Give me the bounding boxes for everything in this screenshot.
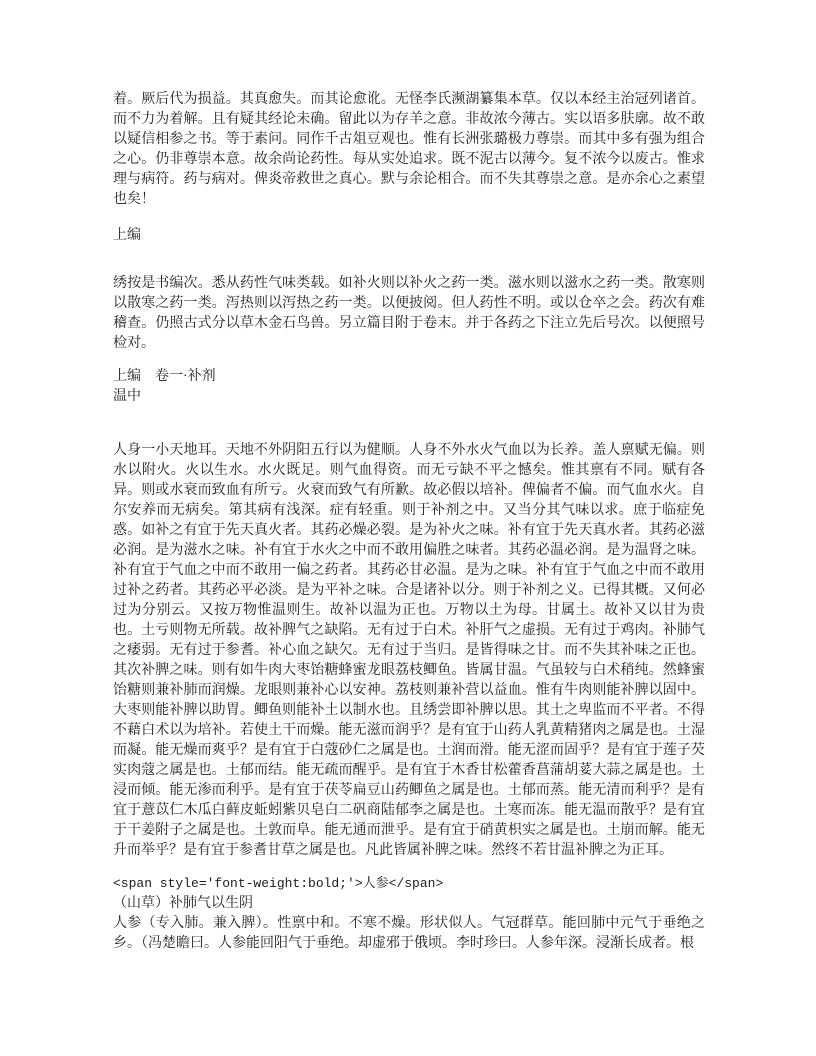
section-heading-block: 上编 卷一·补剂 温中 [113, 367, 705, 407]
raw-html-span-line: <span style='font-weight:bold;'>人参</span… [113, 874, 705, 894]
intro-paragraph: 着。厥后代为损益。其真愈失。而其论愈讹。无怪李氏濒湖纂集本草。仅以本经主治冠列诸… [113, 90, 705, 210]
herb-entry-subtitle: （山草）补肺气以生阴 [113, 894, 705, 914]
section-heading: 上编 卷一·补剂 [113, 367, 705, 387]
subsection-heading: 温中 [113, 387, 705, 407]
document-page: 着。厥后代为损益。其真愈失。而其论愈讹。无怪李氏濒湖纂集本草。仅以本经主治冠列诸… [0, 0, 816, 1056]
part-heading: 上编 [113, 226, 705, 246]
renshen-paragraph: 人参（专入肺。兼入脾）。性禀中和。不寒不燥。形状似人。气冠群草。能回肺中元气于垂… [113, 914, 705, 954]
main-paragraph: 人身一小天地耳。天地不外阴阳五行以为健顺。人身不外水火气血以为长养。盖人禀赋无偏… [113, 441, 705, 861]
editorial-note-paragraph: 绣按是书编次。悉从药性气味类载。如补火则以补火之药一类。滋水则以滋水之药一类。散… [113, 274, 705, 354]
